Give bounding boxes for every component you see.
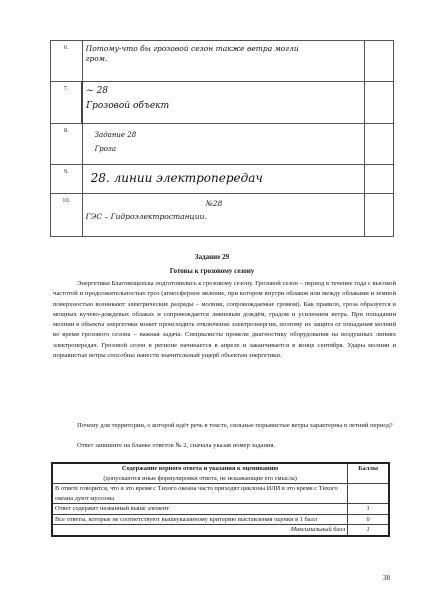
handwritten-answer: Потому-что бы грозовой сезон также ветра… [82,41,365,82]
answer-line: Задание 28 [95,128,365,142]
answer-row: 9. 28. линии электропередач [51,165,394,194]
handwritten-answer: ~ 28 Грозовой объект [82,82,365,124]
criteria-text: В ответе говорится, что в это время с Ти… [52,484,348,504]
points-cell [365,41,394,82]
answer-line: гром. [86,54,365,64]
page-number: 38 [383,574,390,582]
task-number: Задание 29 [0,253,424,261]
criteria-text: Все ответы, которые не соответствуют выш… [52,514,348,525]
answer-line: Гроза [95,142,365,156]
handwritten-answer: Задание 28 Гроза [82,124,365,165]
task-instruction-block: Ответ запишите на бланке ответов № 2, сн… [53,441,396,451]
handwritten-answer: №28 ГЭС – Гидроэлектростанции. [82,194,365,237]
criteria-table: Содержание верного ответа и указания к о… [51,462,390,537]
answer-line: Потому-что бы грозовой сезон также ветра… [86,44,365,54]
criteria-text: Ответ содержит названный выше элемент [52,504,348,515]
criteria-points: 0 [348,514,389,525]
answer-line: Грозовой объект [86,99,364,114]
points-header: Баллы [348,463,389,484]
max-score-label: Максимальный балл [52,525,348,536]
answer-number: 9. [51,165,83,194]
task-question-block: Почему для территории, о которой идёт ре… [53,421,396,431]
criteria-header: Содержание верного ответа и указания к о… [52,463,348,484]
points-cell [365,124,394,165]
criteria-max-row: Максимальный балл 1 [52,525,389,536]
criteria-row: В ответе говорится, что в это время с Ти… [52,484,389,504]
answer-row: 7. ~ 28 Грозовой объект [51,82,394,124]
task-instruction: Ответ запишите на бланке ответов № 2, сн… [77,442,275,449]
answer-number: 8. [51,124,83,165]
handwritten-answer: 28. линии электропередач [82,165,365,194]
answer-line: ГЭС – Гидроэлектростанции. [86,210,365,223]
criteria-header-main: Содержание верного ответа и указания к о… [55,464,345,474]
max-score-value: 1 [348,525,389,536]
answer-line: ~ 28 [86,84,364,99]
points-cell [365,194,394,237]
task-text: Энергетики Благовещенска подготовились к… [53,279,396,361]
task-title: Готовы к грозовому сезону [0,267,424,275]
task-question: Почему для территории, о которой идёт ре… [77,422,393,429]
answer-row: 6. Потому-что бы грозовой сезон также ве… [51,41,394,82]
points-cell [365,82,394,124]
criteria-header-sub: (допускаются иные формулировки ответа, н… [55,474,345,484]
criteria-header-row: Содержание верного ответа и указания к о… [52,463,389,484]
task-paragraph: Энергетики Благовещенска подготовились к… [53,280,396,359]
criteria-row: Ответ содержит названный выше элемент 1 [52,504,389,515]
answer-sheet-table: 6. Потому-что бы грозовой сезон также ве… [50,40,394,237]
answer-number: 10. [51,194,83,237]
answer-line: 28. линии электропередач [91,165,365,191]
criteria-points: 1 [348,504,389,515]
answer-number: 7. [51,82,83,124]
points-cell [365,165,394,194]
answer-row: 10. №28 ГЭС – Гидроэлектростанции. [51,194,394,237]
criteria-points [348,484,389,504]
criteria-row: Все ответы, которые не соответствуют выш… [52,514,389,525]
answer-line: №28 [86,197,365,210]
answer-number: 6. [51,41,83,82]
answer-row: 8. Задание 28 Гроза [51,124,394,165]
